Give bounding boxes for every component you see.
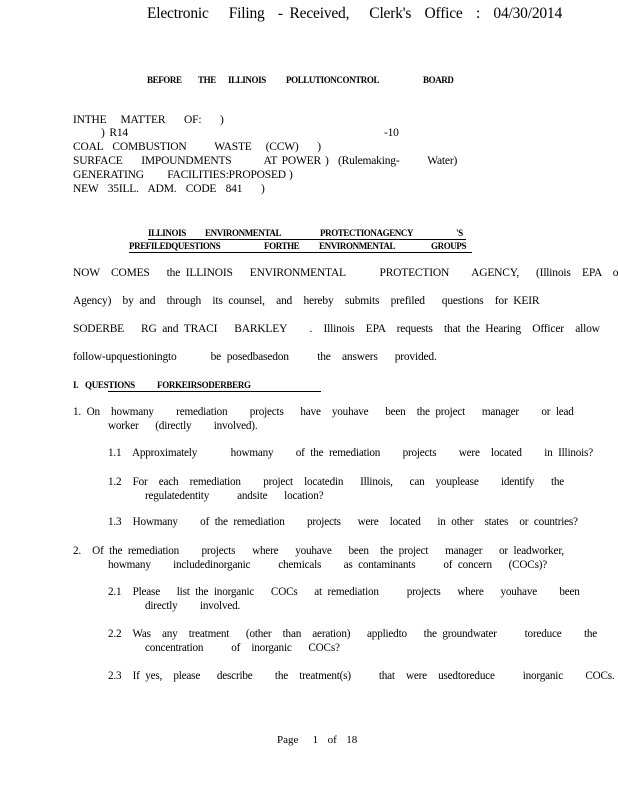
paragraph-line: follow-upquestioningto be posedbasedon t… xyxy=(73,351,437,363)
title-word: 'S xyxy=(456,228,463,238)
title-word: ILLINOIS xyxy=(148,228,186,238)
board-heading-pollution-control: POLLUTIONCONTROL xyxy=(286,75,379,85)
question-text: worker (directly involved). xyxy=(108,420,257,432)
caption-line: GENERATING FACILITIES:PROPOSED xyxy=(73,169,286,181)
subquestion-2-2-cont: concentration of inorganic COCs? xyxy=(145,642,340,654)
caption-line: INTHE MATTER OF: ) xyxy=(73,114,224,126)
subquestion-2-3: 2.3 If yes, please describe the treatmen… xyxy=(108,670,615,682)
title-word: PREFILEDQUESTIONS xyxy=(129,241,220,251)
caption-line: SURFACE IMPOUNDMENTS AT POWER xyxy=(73,155,321,167)
subquestion-1-2: 1.2 For each remediation project located… xyxy=(108,476,564,488)
section-subject: FORKEIRSODERBERG xyxy=(157,380,251,390)
subquestion-1-1: 1.1 Approximately howmany of the remedia… xyxy=(108,447,593,459)
page-number: Page 1 of 18 xyxy=(277,734,357,746)
caption-line: NEW 35ILL. ADM. CODE 841 ) xyxy=(73,183,265,195)
title-word: ENVIRONMENTAL xyxy=(319,241,395,251)
docket-suffix: -10 xyxy=(384,127,399,139)
subquestion-2-1: 2.1 Please list the inorganic COCs at re… xyxy=(108,586,580,598)
title-word: PROTECTIONAGENCY xyxy=(320,228,413,238)
title-word: ENVIRONMENTAL xyxy=(205,228,281,238)
caption-line: ) R14 xyxy=(73,127,128,139)
caption-paren: ) xyxy=(289,169,293,181)
question-text: 2. Of the remediation projects where you… xyxy=(73,545,564,557)
board-heading-board: BOARD xyxy=(423,75,454,85)
title-underline xyxy=(129,252,472,253)
title-word: GROUPS xyxy=(431,241,466,251)
paragraph-line: SODERBE RG and TRACI BARKLEY . Illinois … xyxy=(73,323,600,335)
question-text: 1. On howmany remediation projects have … xyxy=(73,406,574,418)
board-heading-illinois: ILLINOIS xyxy=(228,75,266,85)
subquestion-2-2: 2.2 Was any treatment (other than aerati… xyxy=(108,628,597,640)
rulemaking-label: ) (Rulemaking- Water) xyxy=(325,155,457,167)
caption-line: COAL COMBUSTION WASTE (CCW) ) xyxy=(73,141,321,153)
paragraph-line: NOW COMES the ILLINOIS ENVIRONMENTAL PRO… xyxy=(73,267,618,279)
section-number: I. xyxy=(73,380,78,390)
subquestion-1-2-cont: regulatedentity andsite location? xyxy=(145,490,323,502)
filing-header: Electronic Filing - Received, Clerk's Of… xyxy=(147,5,562,23)
subquestion-2-1-cont: directly involved. xyxy=(145,600,240,612)
title-underline xyxy=(148,239,466,240)
section-underline xyxy=(108,391,321,392)
section-label: QUESTIONS xyxy=(85,380,135,390)
subquestion-1-3: 1.3 Howmany of the remediation projects … xyxy=(108,516,578,528)
title-word: FORTHE xyxy=(264,241,299,251)
board-heading-before: BEFORE xyxy=(147,75,182,85)
question-text: howmany includedinorganic chemicals as c… xyxy=(108,559,547,571)
board-heading-the: THE xyxy=(198,75,216,85)
paragraph-line: Agency) by and through its counsel, and … xyxy=(73,295,539,307)
